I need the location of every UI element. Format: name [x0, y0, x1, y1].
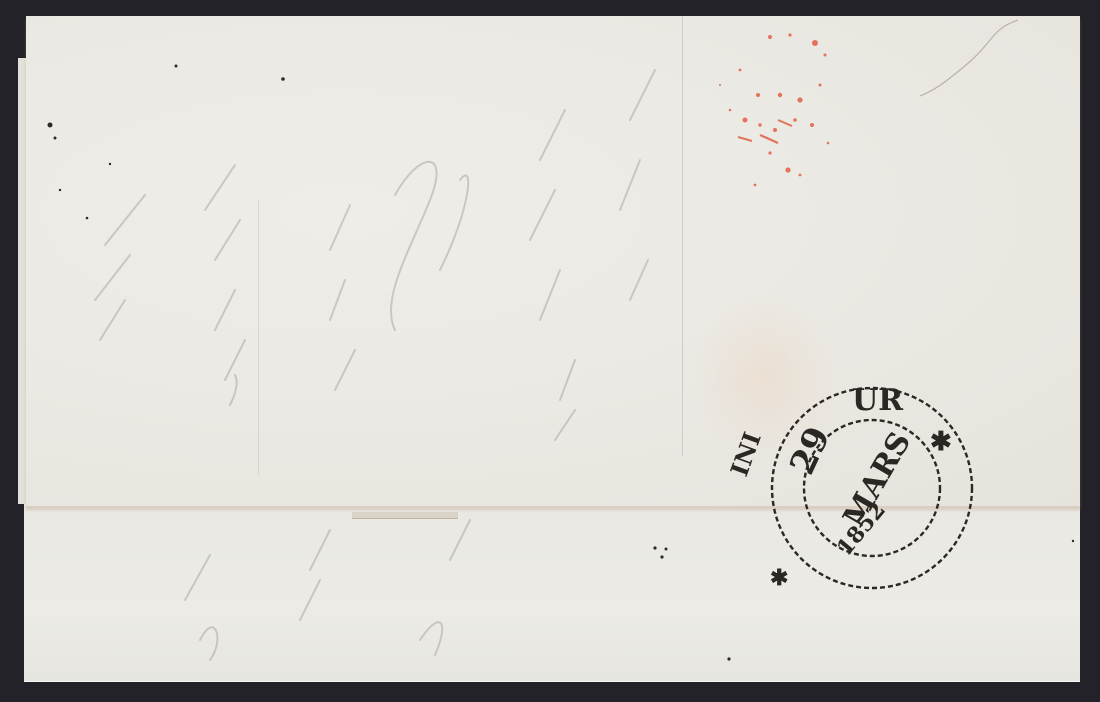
vertical-fold-line-left: [258, 200, 259, 475]
red-cancel-mark: [700, 25, 850, 190]
receiving-postmark: UR ✱ INI 29 MARS 1852 ✱: [700, 370, 990, 620]
postmark-day: 29: [782, 421, 838, 481]
vertical-fold-line: [682, 16, 683, 456]
image-subject: Reverse side of an antique folded letter…: [0, 0, 1, 1]
postmark-ornament: ✱: [930, 427, 952, 457]
postmark-outer-text-left: INI: [724, 428, 766, 480]
postmark-outer-text-right: UR: [852, 383, 904, 418]
paper-fold-strip: [352, 512, 458, 519]
paper-tear: [900, 16, 1060, 106]
small-ornament-stamp: ✱: [770, 565, 788, 591]
